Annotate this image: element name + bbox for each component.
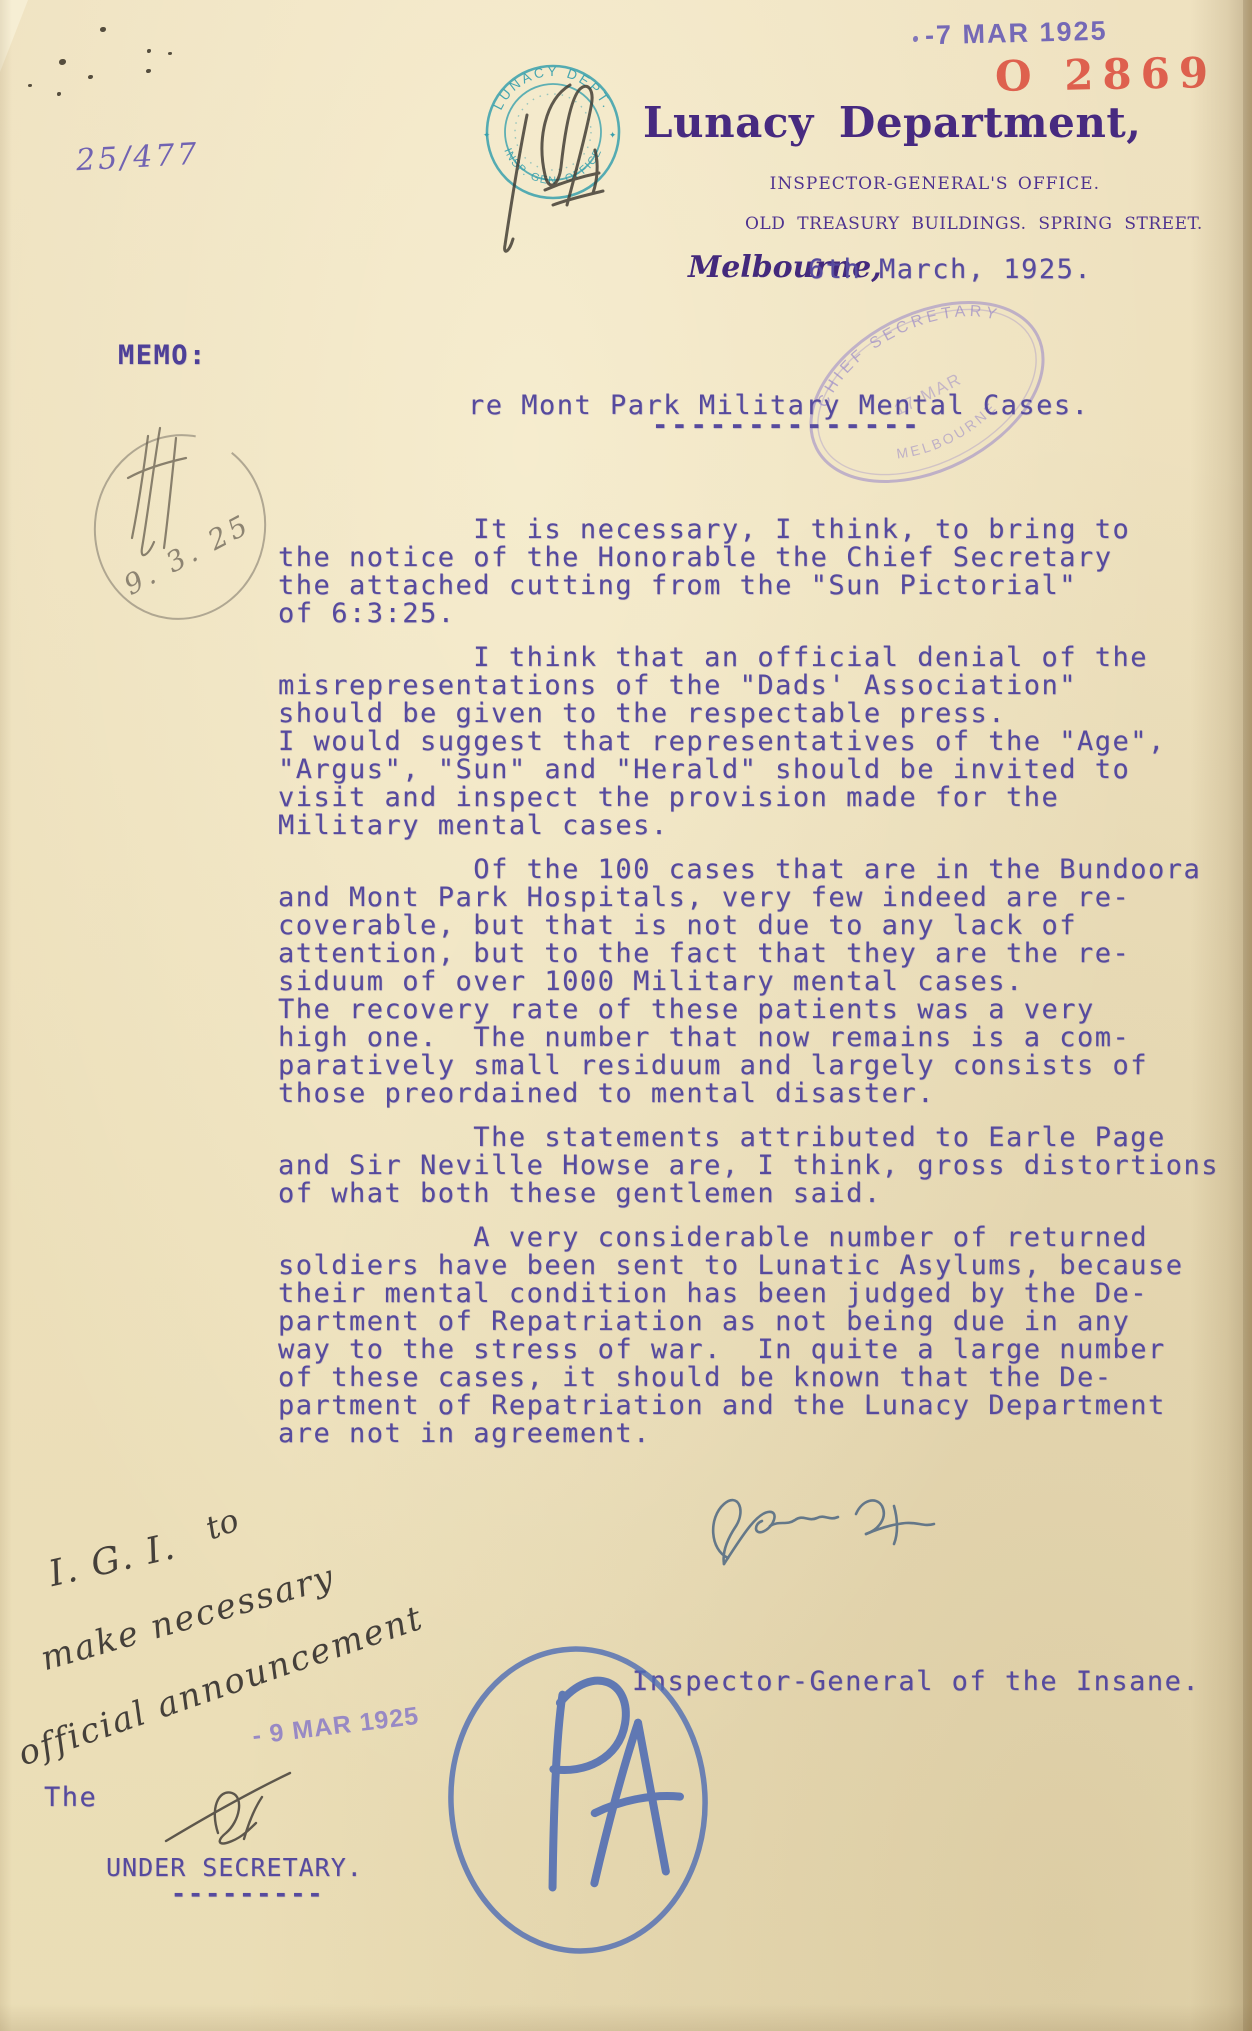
letterhead-department: Lunacy Department, [643,98,1141,147]
received-date-stamp: -7 MAR 1925 [925,16,1108,52]
memo-paragraph: I think that an official denial of the m… [278,644,1238,840]
letterhead-date: 6th March, 1925. [808,256,1092,284]
letterhead-office: INSPECTOR-GENERAL'S OFFICE. [700,174,1100,194]
memo-paragraph: Of the 100 cases that are in the Bundoor… [278,856,1238,1108]
minute-date-stamp: - 9 MAR 1925 [251,1702,421,1751]
paper-right-edge-line [1243,0,1252,2031]
scanned-memo-page: 25/477 -7 MAR 1925 O 2869 LUNACY DEPT. I… [0,0,1252,2031]
pencil-circle-monogram [88,418,288,633]
memo-body: It is necessary, I think, to bring to th… [278,516,1238,1464]
file-number: 25/477 [75,137,200,178]
pa-circle-mark [442,1640,714,1960]
ink-speck [88,75,93,79]
ink-speck [28,84,32,87]
ink-speck [146,69,151,73]
addressee-the: The [44,1784,97,1812]
signature-title-line: Inspector-General of the Insane. [632,1668,1200,1696]
seal-ink-scrawl [475,55,645,265]
memo-paragraph: The statements attributed to Earle Page … [278,1124,1238,1208]
minute-note-line1b: to [200,1501,243,1548]
inspector-general-signature [698,1474,948,1584]
memo-paragraph: A very considerable number of returned s… [278,1224,1238,1448]
ink-speck [57,92,61,96]
memo-label: MEMO: [118,342,207,370]
paper-left-edge [0,0,12,2031]
ink-speck [168,52,172,55]
minute-note-line1: I. G. I. [45,1526,180,1595]
addressee-underline: --------- [171,1880,324,1908]
struck-initials-scrawl [148,1745,308,1855]
memo-subject-underline: -------------- [652,412,922,440]
registry-number-stamp: O 2869 [995,48,1218,101]
ink-speck [59,59,66,65]
paper-bottom-edge [0,2004,1252,2031]
letterhead-address: OLD TREASURY BUILDINGS. SPRING STREET. [745,214,1203,234]
ink-speck [147,49,151,53]
memo-paragraph: It is necessary, I think, to bring to th… [278,516,1238,628]
ink-speck [100,27,106,32]
ink-speck [913,36,918,42]
addressee-under-secretary: UNDER SECRETARY. [106,1854,363,1882]
